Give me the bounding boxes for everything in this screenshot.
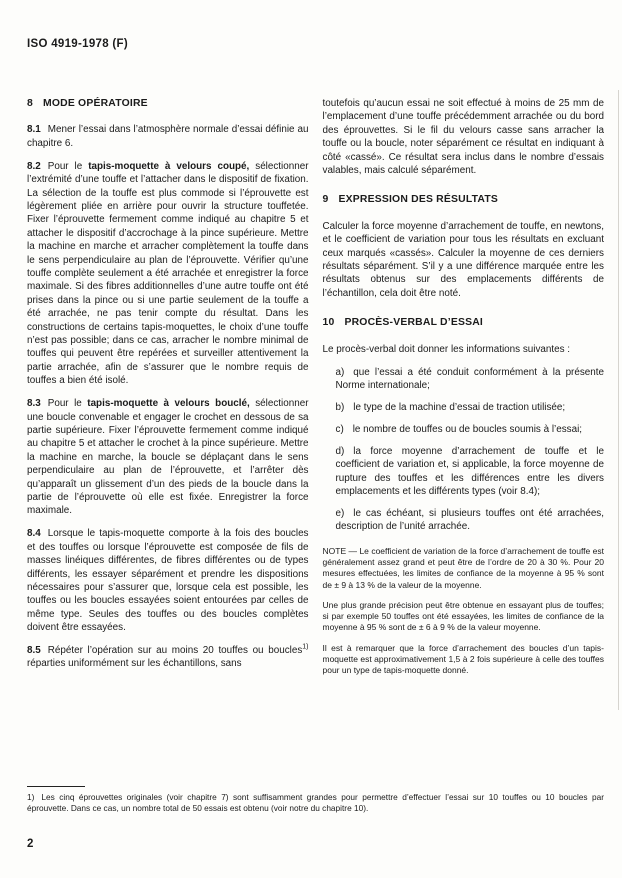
footnote-body: Les cinq éprouvettes originales (voir ch… [27, 792, 604, 813]
footnote-text: 1)Les cinq éprouvettes originales (voir … [27, 792, 604, 814]
paragraph-8-1-text: Mener l’essai dans l’atmosphère normale … [27, 124, 309, 148]
document-page: ISO 4919-1978 (F) 8MODE OPÉRATOIRE 8.1Me… [0, 0, 622, 878]
paragraph-8-5: 8.5Répéter l’opération sur au moins 20 t… [27, 644, 309, 671]
footnote-reference-1: 1) [302, 644, 308, 651]
section-10-number: 10 [323, 316, 335, 329]
section-8-number: 8 [27, 97, 33, 110]
list-item-e: e)le cas échéant, si plusieurs touffes o… [336, 507, 605, 534]
list-item-a-text: que l’essai a été conduit conformément à… [336, 367, 605, 391]
paragraph-8-5-number: 8.5 [27, 645, 48, 656]
section-10-title: PROCÈS-VERBAL D’ESSAI [344, 317, 483, 328]
section-9-heading: 9EXPRESSION DES RÉSULTATS [323, 193, 605, 206]
paragraph-8-3-number: 8.3 [27, 398, 48, 409]
footnote: 1)Les cinq éprouvettes originales (voir … [27, 786, 604, 814]
list-item-a-marker: a) [336, 367, 354, 378]
list-item-d: d)la force moyenne d’arrachement de touf… [336, 445, 605, 499]
paragraph-8-1: 8.1Mener l’essai dans l’atmosphère norma… [27, 123, 309, 150]
right-column: toutefois qu’aucun essai ne soit effectu… [323, 97, 605, 686]
list-item-d-marker: d) [336, 446, 354, 457]
footnote-marker: 1) [27, 792, 41, 802]
footnote-divider [27, 786, 85, 787]
paragraph-8-2-number: 8.2 [27, 161, 48, 172]
paragraph-8-3-text-1: Pour le [48, 398, 88, 409]
two-column-body: 8MODE OPÉRATOIRE 8.1Mener l’essai dans l… [27, 97, 604, 686]
document-reference: ISO 4919-1978 (F) [27, 38, 128, 50]
paragraph-8-3-bold-term: tapis-moquette à velours bouclé, [87, 398, 249, 409]
paragraph-8-5-text-1: Répéter l’opération sur au moins 20 touf… [48, 645, 303, 656]
paragraph-8-4-number: 8.4 [27, 528, 48, 539]
note-paragraph-2: Une plus grande précision peut être obte… [323, 600, 605, 634]
section-9-title: EXPRESSION DES RÉSULTATS [338, 194, 498, 205]
note-paragraph-1: NOTE — Le coefficient de variation de la… [323, 546, 605, 591]
paragraph-8-2-text-1: Pour le [48, 161, 88, 172]
note-paragraph-3: Il est à remarquer que la force d’arrach… [323, 643, 605, 677]
page-number: 2 [27, 838, 33, 850]
section-10-heading: 10PROCÈS-VERBAL D’ESSAI [323, 316, 605, 329]
paragraph-8-2-bold-term: tapis-moquette à velours coupé, [88, 161, 249, 172]
note-block: NOTE — Le coefficient de variation de la… [323, 546, 605, 677]
list-item-a: a)que l’essai a été conduit conformément… [336, 366, 605, 393]
section-9-body: Calculer la force moyenne d’arrachement … [323, 220, 605, 300]
section-8-heading: 8MODE OPÉRATOIRE [27, 97, 309, 110]
paragraph-8-3-text-2: sélectionner une boucle convenable et en… [27, 398, 309, 516]
list-item-c-text: le nombre de touffes ou de boucles soumi… [353, 424, 582, 435]
paragraph-8-3: 8.3Pour le tapis-moquette à velours bouc… [27, 397, 309, 518]
paragraph-8-1-number: 8.1 [27, 124, 48, 135]
left-column: 8MODE OPÉRATOIRE 8.1Mener l’essai dans l… [27, 97, 309, 686]
paragraph-8-2-text-2: sélectionner l’extrémité d’une touffe et… [27, 161, 309, 387]
section-9-number: 9 [323, 193, 329, 206]
list-item-b-text: le type de la machine d’essai de tractio… [353, 402, 565, 413]
paragraph-8-2: 8.2Pour le tapis-moquette à velours coup… [27, 160, 309, 388]
list-item-c-marker: c) [336, 424, 353, 435]
list-item-b: b)le type de la machine d’essai de tract… [336, 401, 605, 414]
list-item-b-marker: b) [336, 402, 354, 413]
list-item-d-text: la force moyenne d’arrachement de touffe… [336, 446, 605, 497]
paragraph-8-5-continuation: toutefois qu’aucun essai ne soit effectu… [323, 97, 605, 177]
paragraph-8-4: 8.4Lorsque le tapis-moquette comporte à … [27, 527, 309, 634]
paragraph-8-5-text-2: réparties uniformément sur les échantill… [27, 658, 242, 669]
section-10-intro: Le procès-verbal doit donner les informa… [323, 343, 605, 356]
scan-edge-artifact [618, 90, 619, 710]
list-item-e-marker: e) [336, 508, 354, 519]
list-item-e-text: le cas échéant, si plusieurs touffes ont… [336, 508, 605, 532]
list-item-c: c)le nombre de touffes ou de boucles sou… [336, 423, 605, 436]
paragraph-8-4-text: Lorsque le tapis-moquette comporte à la … [27, 528, 309, 633]
section-8-title: MODE OPÉRATOIRE [43, 98, 148, 109]
